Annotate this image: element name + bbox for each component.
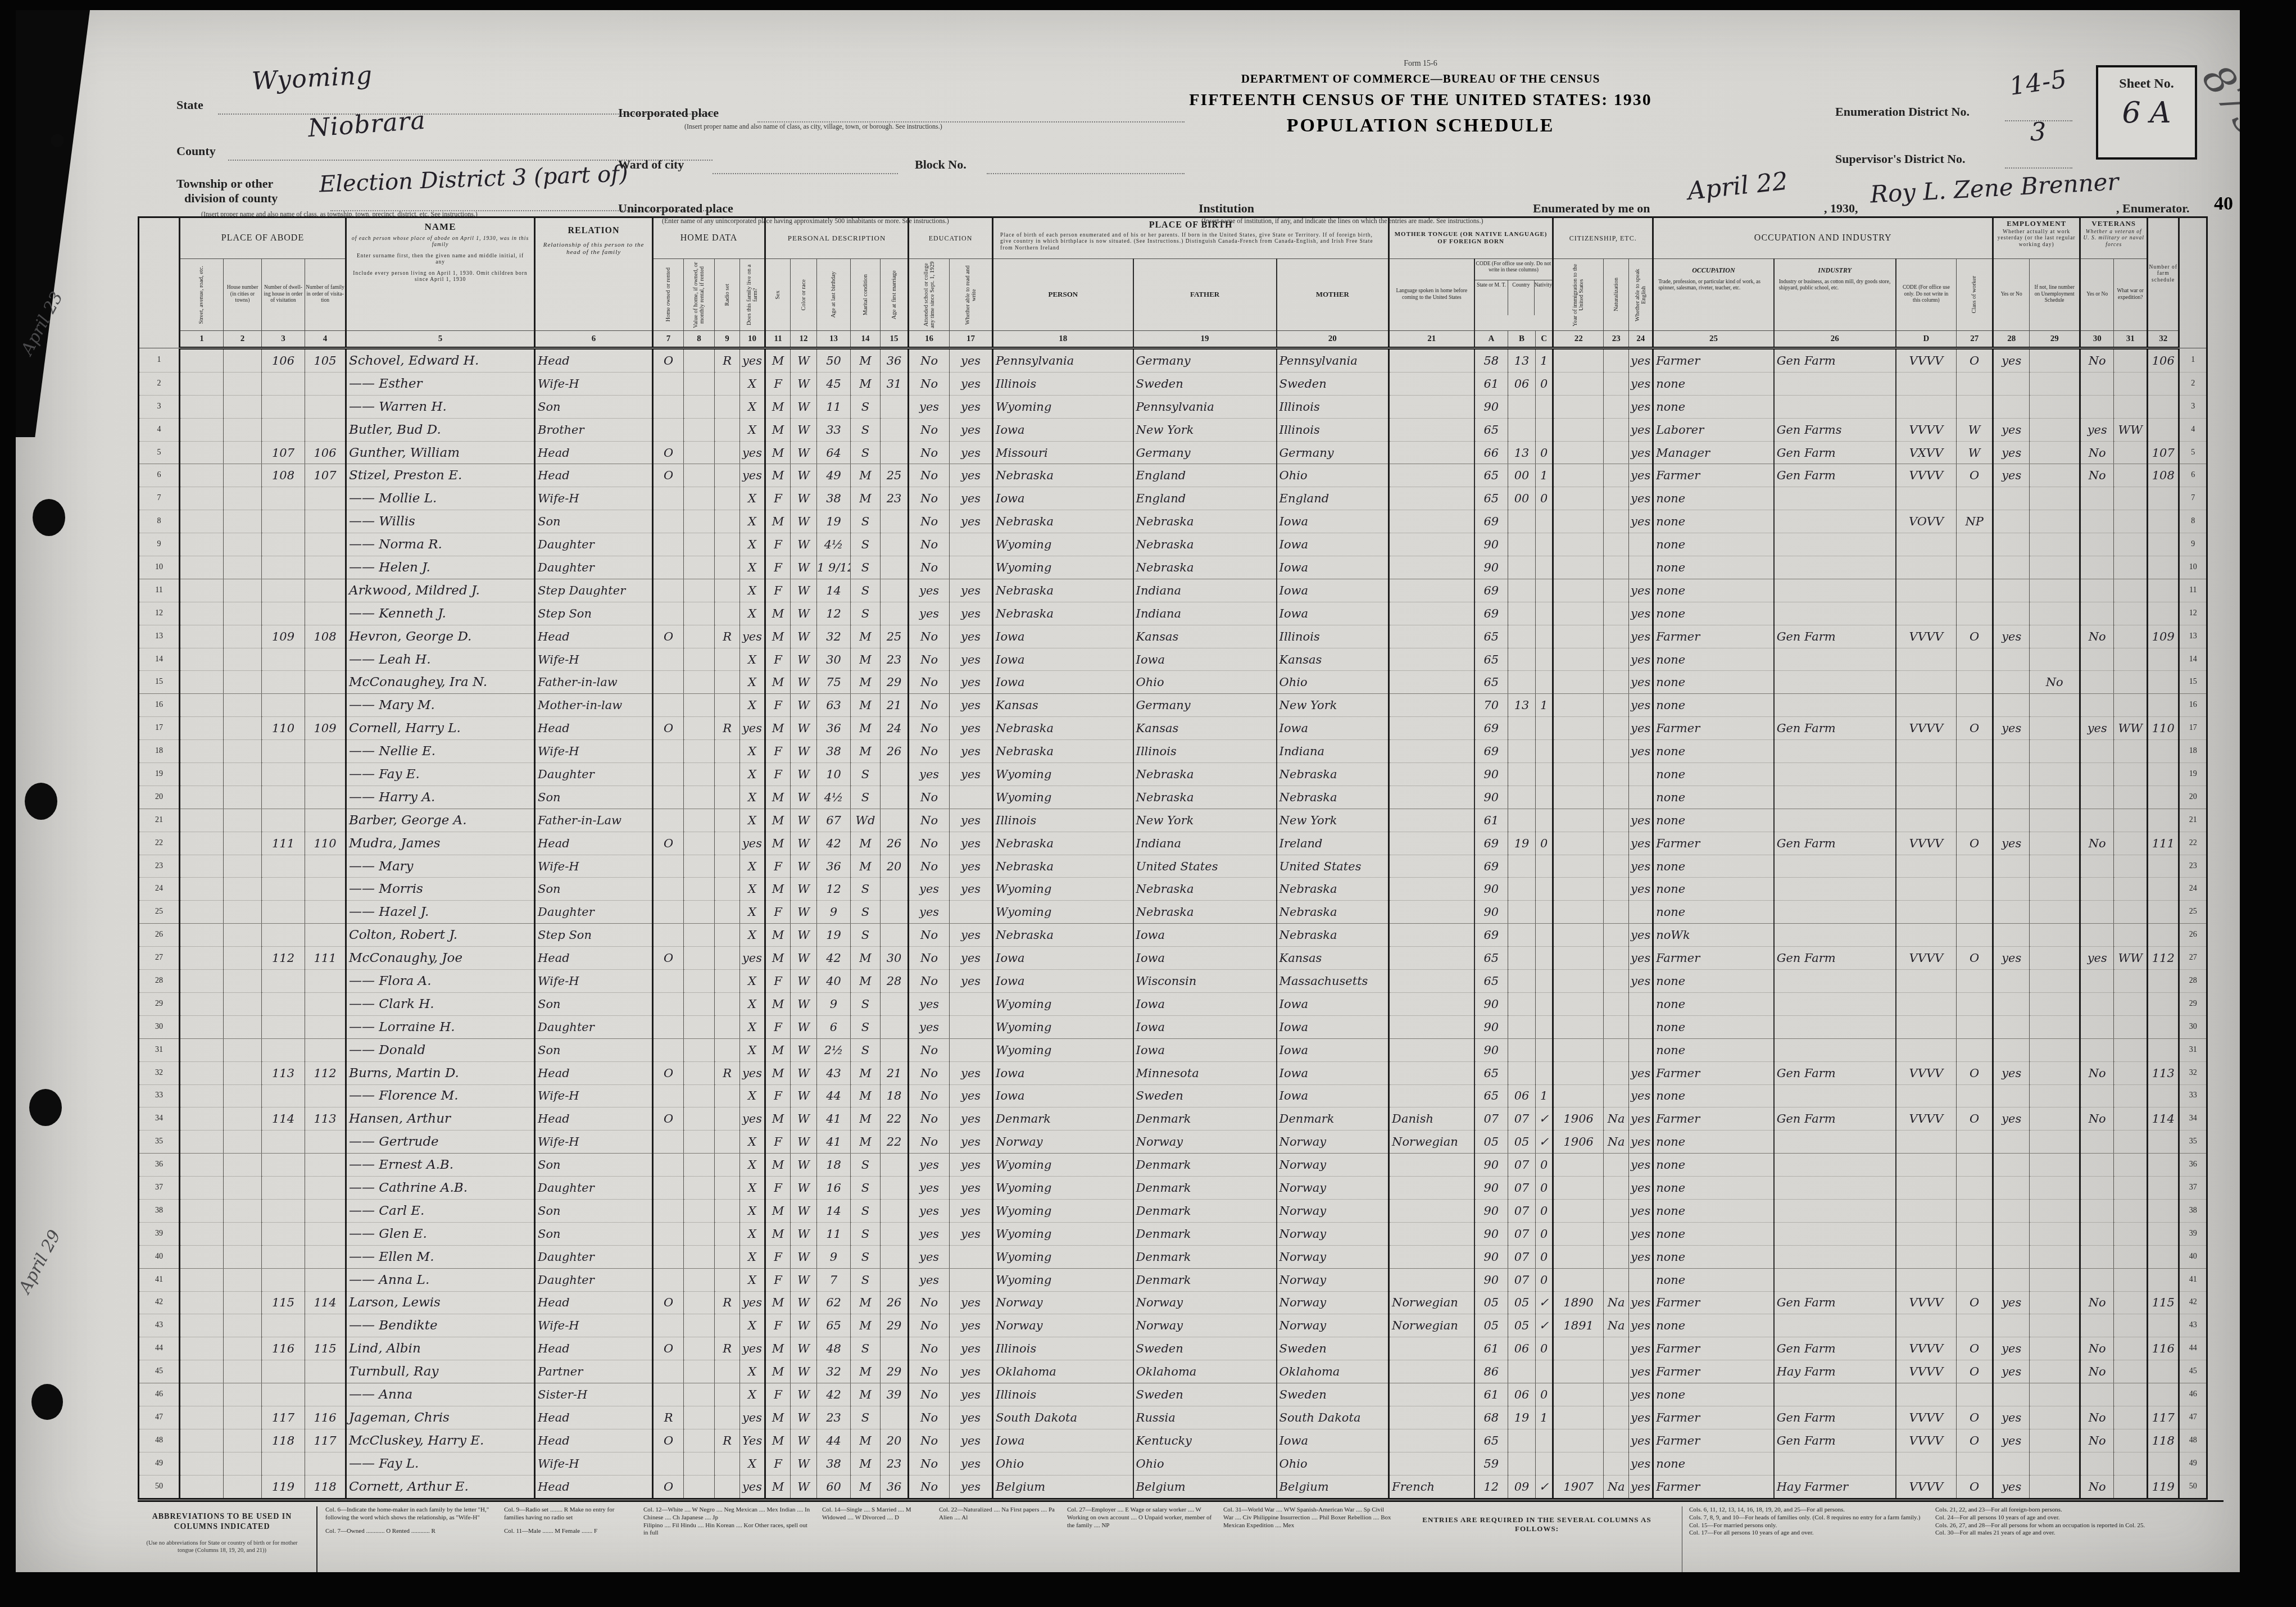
cell-c4 xyxy=(305,1199,346,1222)
table-row: 38—— Carl E.SonXMW14SyesyesWyomingDenmar… xyxy=(139,1199,2207,1222)
cell-c3 xyxy=(262,901,305,924)
cell-bm: Kansas xyxy=(1277,947,1389,970)
cell-v xyxy=(684,602,715,625)
cell-sx: F xyxy=(765,970,791,993)
cell-sx: M xyxy=(765,1107,791,1131)
cell-vt xyxy=(2080,1154,2114,1177)
cell-sc: No xyxy=(909,1061,950,1084)
cell-sc: No xyxy=(909,441,950,464)
cell-en: yes xyxy=(1629,510,1653,533)
cell-en xyxy=(1629,786,1653,809)
cell-cl xyxy=(1957,901,1993,924)
cell-o xyxy=(653,602,684,625)
cell-sx: M xyxy=(765,1337,791,1360)
cell-vt xyxy=(2080,1131,2114,1154)
cell-en: yes xyxy=(1629,648,1653,671)
cell-r xyxy=(715,1107,740,1131)
cell-c2 xyxy=(224,1061,262,1084)
cell-sc: No xyxy=(909,1107,950,1131)
cell-bf: Germany xyxy=(1133,694,1277,717)
cell-v xyxy=(684,1475,715,1499)
cell-c2 xyxy=(224,625,262,648)
cell-o xyxy=(653,878,684,901)
cell-lnr: 16 xyxy=(2179,694,2207,717)
cell-b: 07 xyxy=(1508,1177,1536,1200)
cell-cl: O xyxy=(1957,947,1993,970)
cell-ag: 14 xyxy=(817,1199,851,1222)
cell-w xyxy=(1993,671,2030,694)
cell-c xyxy=(1536,533,1553,556)
table-row: 49—— Fay L.Wife-HXFW38M23NoyesOhioOhioOh… xyxy=(139,1452,2207,1475)
cell-am xyxy=(881,1199,909,1222)
cell-cl xyxy=(1957,855,1993,878)
cell-lnr: 6 xyxy=(2179,464,2207,487)
cell-lg xyxy=(1389,809,1474,832)
cell-rc: W xyxy=(791,1107,817,1131)
cell-ms: S xyxy=(851,763,881,786)
table-row: 9—— Norma R.DaughterXFW4½SNoWyomingNebra… xyxy=(139,533,2207,556)
cell-c3 xyxy=(262,533,305,556)
cell-na xyxy=(1604,671,1629,694)
cell-v xyxy=(684,1061,715,1084)
cell-f: yes xyxy=(740,348,765,373)
cell-cl xyxy=(1957,395,1993,418)
cell-wr xyxy=(2114,441,2148,464)
margin-note-bottom: April 29 xyxy=(16,1227,65,1296)
cell-ms: M xyxy=(851,1314,881,1337)
cell-u xyxy=(2030,901,2080,924)
cell-r: R xyxy=(715,1337,740,1360)
cell-bm: Nebraska xyxy=(1277,786,1389,809)
cell-nm: —— Norma R. xyxy=(346,533,535,556)
table-row: 23—— MaryWife-HXFW36M20NoyesNebraskaUnit… xyxy=(139,855,2207,878)
cell-en: yes xyxy=(1629,855,1653,878)
cell-f: X xyxy=(740,1131,765,1154)
cell-vt: No xyxy=(2080,1475,2114,1499)
cell-c: 0 xyxy=(1536,372,1553,395)
cell-v xyxy=(684,1314,715,1337)
cell-c2 xyxy=(224,510,262,533)
table-row: 37—— Cathrine A.B.DaughterXFW16SyesyesWy… xyxy=(139,1177,2207,1200)
cell-c4 xyxy=(305,924,346,947)
col13-header: Age at last birthday xyxy=(817,259,851,331)
cell-vt xyxy=(2080,1199,2114,1222)
cell-in: Gen Farm xyxy=(1774,1337,1896,1360)
cell-c2 xyxy=(224,533,262,556)
cell-ln: 2 xyxy=(139,372,180,395)
cell-c3 xyxy=(262,1154,305,1177)
cell-c3: 118 xyxy=(262,1429,305,1452)
cell-in xyxy=(1774,809,1896,832)
cell-ag: 41 xyxy=(817,1107,851,1131)
cell-rw: yes xyxy=(950,348,993,373)
cell-vt xyxy=(2080,648,2114,671)
cell-a: 05 xyxy=(1474,1314,1508,1337)
cell-b xyxy=(1508,786,1536,809)
cell-cd xyxy=(1896,970,1957,993)
cell-v xyxy=(684,694,715,717)
cell-lnr: 42 xyxy=(2179,1291,2207,1314)
cell-c2 xyxy=(224,579,262,602)
cell-rl: Head xyxy=(535,464,653,487)
cell-cd xyxy=(1896,1245,1957,1268)
cell-bp: Nebraska xyxy=(993,717,1133,740)
cell-f: X xyxy=(740,395,765,418)
cell-oc: Laborer xyxy=(1653,418,1774,441)
column-number: 13 xyxy=(817,331,851,348)
cell-o xyxy=(653,418,684,441)
cell-oc: none xyxy=(1653,694,1774,717)
col17-header: Whether able to read and write xyxy=(950,259,993,331)
cell-bf: Norway xyxy=(1133,1131,1277,1154)
cell-nm: —— Clark H. xyxy=(346,992,535,1015)
column-number: 7 xyxy=(653,331,684,348)
column-number: A xyxy=(1474,331,1508,348)
cell-bm: Iowa xyxy=(1277,1429,1389,1452)
cell-o xyxy=(653,970,684,993)
cell-c4 xyxy=(305,510,346,533)
cell-u xyxy=(2030,441,2080,464)
cell-st xyxy=(180,1222,224,1245)
cell-vt xyxy=(2080,992,2114,1015)
column-number: 4 xyxy=(305,331,346,348)
cell-bf: Sweden xyxy=(1133,1084,1277,1107)
cell-nm: McConaughy, Joe xyxy=(346,947,535,970)
cell-b xyxy=(1508,648,1536,671)
cell-w xyxy=(1993,1199,2030,1222)
cell-rw: yes xyxy=(950,1084,993,1107)
cell-bf: Sweden xyxy=(1133,372,1277,395)
cell-c2 xyxy=(224,832,262,855)
cell-cd: VVVV xyxy=(1896,1360,1957,1383)
cell-nm: Colton, Robert J. xyxy=(346,924,535,947)
cell-c2 xyxy=(224,1038,262,1061)
cell-st xyxy=(180,1291,224,1314)
cell-ln: 27 xyxy=(139,947,180,970)
cell-bm: Nebraska xyxy=(1277,763,1389,786)
col21-header: Language spoken in home before coming to… xyxy=(1389,259,1474,331)
table-row: 5107106Gunther, WilliamHeadOyesMW64SNoye… xyxy=(139,441,2207,464)
cell-r xyxy=(715,1245,740,1268)
cell-sc: No xyxy=(909,970,950,993)
cell-ag: 4½ xyxy=(817,786,851,809)
table-row: 43—— BendikteWife-HXFW65M29NoyesNorwayNo… xyxy=(139,1314,2207,1337)
cell-cl xyxy=(1957,372,1993,395)
cell-r xyxy=(715,832,740,855)
cell-sx: F xyxy=(765,1314,791,1337)
cell-im xyxy=(1553,1429,1604,1452)
group-citizenship: CITIZENSHIP, ETC. xyxy=(1553,217,1653,259)
cell-rl: Son xyxy=(535,395,653,418)
cell-f: X xyxy=(740,1199,765,1222)
cell-cl xyxy=(1957,878,1993,901)
cell-lg xyxy=(1389,1061,1474,1084)
cell-bp: Wyoming xyxy=(993,786,1133,809)
cell-nm: —— Ellen M. xyxy=(346,1245,535,1268)
column-number: 16 xyxy=(909,331,950,348)
column-number: 3 xyxy=(262,331,305,348)
cell-sc: No xyxy=(909,694,950,717)
cell-b: 19 xyxy=(1508,832,1536,855)
table-row: 29—— Clark H.SonXMW9SyesWyomingIowaIowa9… xyxy=(139,992,2207,1015)
cell-wr: WW xyxy=(2114,418,2148,441)
cell-en: yes xyxy=(1629,1199,1653,1222)
cell-sc: No xyxy=(909,556,950,579)
cell-im xyxy=(1553,441,1604,464)
cell-cd: VVVV xyxy=(1896,418,1957,441)
cell-w xyxy=(1993,1383,2030,1406)
cell-a: 90 xyxy=(1474,786,1508,809)
cell-sx: F xyxy=(765,1084,791,1107)
cell-bm: Massachusetts xyxy=(1277,970,1389,993)
cell-rl: Son xyxy=(535,510,653,533)
cell-r: R xyxy=(715,625,740,648)
cell-lnr: 37 xyxy=(2179,1177,2207,1200)
table-row: 18—— Nellie E.Wife-HXFW38M26NoyesNebrask… xyxy=(139,740,2207,763)
cell-oc: none xyxy=(1653,602,1774,625)
cell-cd xyxy=(1896,487,1957,510)
cell-cd: VVVV xyxy=(1896,348,1957,373)
cell-st xyxy=(180,763,224,786)
cell-ln: 3 xyxy=(139,395,180,418)
cell-c4 xyxy=(305,809,346,832)
group-employment: EMPLOYMENT Whether actually at work yest… xyxy=(1993,217,2080,259)
cell-cd xyxy=(1896,1084,1957,1107)
cell-rc: W xyxy=(791,763,817,786)
cell-u xyxy=(2030,487,2080,510)
cell-in: Gen Farm xyxy=(1774,625,1896,648)
cell-r xyxy=(715,1038,740,1061)
cell-c xyxy=(1536,671,1553,694)
cell-ln: 25 xyxy=(139,901,180,924)
cell-c3 xyxy=(262,1038,305,1061)
cell-rc: W xyxy=(791,510,817,533)
cell-bm: Norway xyxy=(1277,1154,1389,1177)
cell-sc: No xyxy=(909,786,950,809)
cell-sx: F xyxy=(765,763,791,786)
cell-bp: Wyoming xyxy=(993,901,1133,924)
cell-r xyxy=(715,510,740,533)
cell-in xyxy=(1774,395,1896,418)
cell-oc: Farmer xyxy=(1653,1061,1774,1084)
cell-wr: WW xyxy=(2114,947,2148,970)
cell-rw: yes xyxy=(950,1222,993,1245)
cell-bf: New York xyxy=(1133,809,1277,832)
cell-st xyxy=(180,625,224,648)
cell-ln: 41 xyxy=(139,1268,180,1291)
cell-u xyxy=(2030,1084,2080,1107)
cell-ms: S xyxy=(851,395,881,418)
cell-lnr: 22 xyxy=(2179,832,2207,855)
cell-oc: none xyxy=(1653,901,1774,924)
cell-a: 69 xyxy=(1474,832,1508,855)
cell-rc: W xyxy=(791,1406,817,1429)
cell-lg xyxy=(1389,579,1474,602)
cell-ag: 75 xyxy=(817,671,851,694)
table-row: 19—— Fay E.DaughterXFW10SyesyesWyomingNe… xyxy=(139,763,2207,786)
cell-st xyxy=(180,1131,224,1154)
cell-c2 xyxy=(224,1452,262,1475)
cell-o xyxy=(653,1199,684,1222)
cell-lnr: 31 xyxy=(2179,1038,2207,1061)
cell-c xyxy=(1536,602,1553,625)
cell-u xyxy=(2030,1429,2080,1452)
cell-oc: Farmer xyxy=(1653,1429,1774,1452)
cell-r xyxy=(715,1154,740,1177)
cell-fs xyxy=(2148,1084,2179,1107)
cell-fs xyxy=(2148,1222,2179,1245)
cell-r xyxy=(715,464,740,487)
cell-c2 xyxy=(224,694,262,717)
cell-v xyxy=(684,992,715,1015)
cell-sx: F xyxy=(765,694,791,717)
cell-rw: yes xyxy=(950,1291,993,1314)
col1-header: Street, avenue, road, etc. xyxy=(180,259,224,331)
cell-fs xyxy=(2148,809,2179,832)
schedule-table: PLACE OF ABODE NAME of each person whose… xyxy=(138,216,2208,1500)
cell-r xyxy=(715,602,740,625)
cell-vt xyxy=(2080,671,2114,694)
col14-header: Marital con­dition xyxy=(851,259,881,331)
cell-am: 26 xyxy=(881,740,909,763)
cell-cd: VVVV xyxy=(1896,832,1957,855)
cell-w: yes xyxy=(1993,1061,2030,1084)
cell-u xyxy=(2030,1038,2080,1061)
cell-am: 22 xyxy=(881,1107,909,1131)
cell-im xyxy=(1553,1061,1604,1084)
cell-b xyxy=(1508,671,1536,694)
cell-v xyxy=(684,487,715,510)
cell-a: 05 xyxy=(1474,1131,1508,1154)
cell-bp: Iowa xyxy=(993,418,1133,441)
cell-c: 1 xyxy=(1536,348,1553,373)
table-row: 30—— Lorraine H.DaughterXFW6SyesWyomingI… xyxy=(139,1015,2207,1038)
cell-ln: 42 xyxy=(139,1291,180,1314)
cell-am xyxy=(881,1015,909,1038)
cell-am: 29 xyxy=(881,1314,909,1337)
cell-ag: 44 xyxy=(817,1084,851,1107)
cell-oc: Farmer xyxy=(1653,1360,1774,1383)
cell-am: 24 xyxy=(881,717,909,740)
cell-r xyxy=(715,1360,740,1383)
cell-sx: M xyxy=(765,418,791,441)
cell-nm: —— Carl E. xyxy=(346,1199,535,1222)
cell-a: 12 xyxy=(1474,1475,1508,1499)
cell-sc: No xyxy=(909,832,950,855)
cell-bp: Wyoming xyxy=(993,1245,1133,1268)
cell-ag: 63 xyxy=(817,694,851,717)
cell-rc: W xyxy=(791,1038,817,1061)
cell-ln: 16 xyxy=(139,694,180,717)
table-row: 36—— Ernest A.B.SonXMW18SyesyesWyomingDe… xyxy=(139,1154,2207,1177)
cell-in: Gen Farm xyxy=(1774,832,1896,855)
cell-w xyxy=(1993,855,2030,878)
cell-c2 xyxy=(224,556,262,579)
cell-c2 xyxy=(224,1084,262,1107)
cell-st xyxy=(180,1038,224,1061)
column-number: 18 xyxy=(993,331,1133,348)
hole-punch xyxy=(25,783,57,820)
cell-am: 21 xyxy=(881,694,909,717)
cell-v xyxy=(684,901,715,924)
cell-im xyxy=(1553,464,1604,487)
cell-b xyxy=(1508,602,1536,625)
cell-u xyxy=(2030,970,2080,993)
county-label: County xyxy=(176,144,216,158)
cell-w: yes xyxy=(1993,1291,2030,1314)
cell-rl: Mother-in-law xyxy=(535,694,653,717)
cell-cl: O xyxy=(1957,1406,1993,1429)
cell-bm: Ireland xyxy=(1277,832,1389,855)
col7-header: Home owned or rented xyxy=(653,259,684,331)
cell-ms: Wd xyxy=(851,809,881,832)
cell-lg xyxy=(1389,1383,1474,1406)
cell-c3 xyxy=(262,809,305,832)
cell-cl xyxy=(1957,579,1993,602)
cell-bf: Indiana xyxy=(1133,832,1277,855)
cell-c4 xyxy=(305,763,346,786)
cell-r: R xyxy=(715,717,740,740)
ward-label: Ward of city xyxy=(618,157,684,172)
col28-header: Yes or No xyxy=(1993,259,2030,331)
cell-sx: F xyxy=(765,556,791,579)
cell-in xyxy=(1774,372,1896,395)
cell-lnr: 25 xyxy=(2179,901,2207,924)
cell-nm: Lind, Albin xyxy=(346,1337,535,1360)
cell-lnr: 5 xyxy=(2179,441,2207,464)
cell-sc: No xyxy=(909,1131,950,1154)
cell-ln: 17 xyxy=(139,717,180,740)
cell-b: 07 xyxy=(1508,1154,1536,1177)
cell-fs xyxy=(2148,1131,2179,1154)
cell-en: yes xyxy=(1629,1383,1653,1406)
cell-bm: United States xyxy=(1277,855,1389,878)
cell-in xyxy=(1774,740,1896,763)
cell-a: 90 xyxy=(1474,1268,1508,1291)
cell-am xyxy=(881,1268,909,1291)
cell-oc: Farmer xyxy=(1653,1337,1774,1360)
cell-ln: 33 xyxy=(139,1084,180,1107)
cell-c4 xyxy=(305,694,346,717)
cell-rl: Head xyxy=(535,832,653,855)
cell-st xyxy=(180,786,224,809)
cell-u xyxy=(2030,809,2080,832)
cell-ag: 12 xyxy=(817,602,851,625)
cell-o xyxy=(653,1154,684,1177)
cell-rl: Sister-H xyxy=(535,1383,653,1406)
cell-r xyxy=(715,1084,740,1107)
cell-rl: Daughter xyxy=(535,901,653,924)
cell-in xyxy=(1774,763,1896,786)
cell-f: X xyxy=(740,1383,765,1406)
cell-v xyxy=(684,1154,715,1177)
column-number: B xyxy=(1508,331,1536,348)
cell-fs: 106 xyxy=(2148,348,2179,373)
cell-rc: W xyxy=(791,487,817,510)
hole-punch xyxy=(31,1384,63,1420)
cell-sc: yes xyxy=(909,763,950,786)
cell-ln: 5 xyxy=(139,441,180,464)
cell-c: ✓ xyxy=(1536,1475,1553,1499)
cell-b: 07 xyxy=(1508,1199,1536,1222)
cell-bm: Iowa xyxy=(1277,1061,1389,1084)
cell-wr xyxy=(2114,648,2148,671)
cell-rc: W xyxy=(791,1337,817,1360)
column-number: 26 xyxy=(1774,331,1896,348)
cell-rc: W xyxy=(791,625,817,648)
cell-bp: South Dakota xyxy=(993,1406,1133,1429)
cell-am xyxy=(881,533,909,556)
